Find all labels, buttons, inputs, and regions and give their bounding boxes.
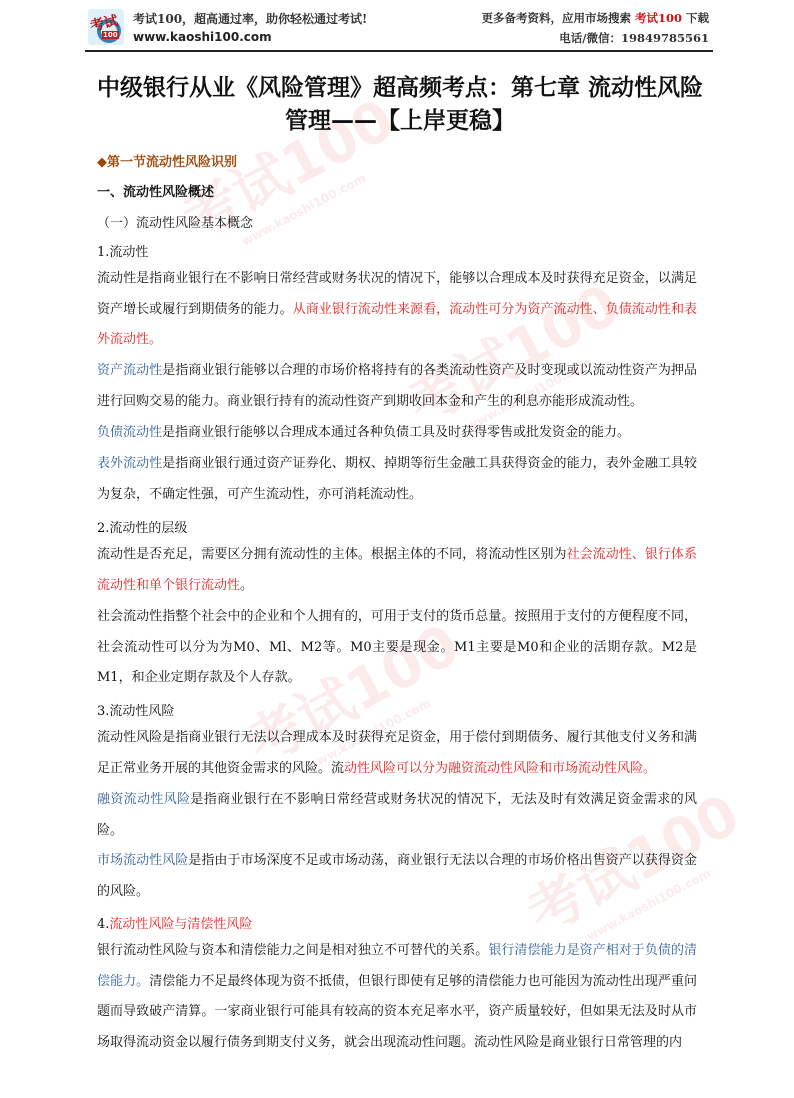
p7-highlight: 动性风险可以分为融资流动性风险和市场流动性风险。 — [344, 761, 656, 776]
heading-1: 一、流动性风险概述 — [97, 181, 214, 200]
paragraph-market-liquidity-risk: 市场流动性风险是指由于市场深度不足或市场动荡，商业银行无法以合理的市场价格出售资… — [97, 846, 697, 907]
paragraph-liquidity-levels: 流动性是否充足，需要区分拥有流动性的主体。根据主体的不同，将流动性区别为社会流动… — [97, 540, 697, 601]
p2-text: 是指商业银行能够以合理的市场价格将持有的各类流动性资产及时变现或以流动性资产为押… — [97, 363, 697, 409]
download-prefix: 更多备考资料，应用市场搜索 — [481, 11, 635, 25]
header-slogan: 考试100，超高通过率，助你轻松通过考试! — [133, 10, 367, 27]
item-4-heading: 4.流动性风险与清偿性风险 — [97, 913, 252, 932]
term-funding-liquidity-risk: 融资流动性风险 — [97, 792, 190, 807]
header-website: www.kaoshi100.com — [133, 30, 272, 44]
term-liability-liquidity: 负债流动性 — [97, 425, 162, 440]
term-market-liquidity-risk: 市场流动性风险 — [97, 853, 188, 868]
term-asset-liquidity: 资产流动性 — [97, 363, 162, 378]
paragraph-offbalance-liquidity: 表外流动性是指商业银行通过资产证券化、期权、掉期等衍生金融工具获得资金的能力，表… — [97, 449, 697, 510]
paragraph-liability-liquidity: 负债流动性是指商业银行能够以合理成本通过各种负债工具及时获得零售或批发资金的能力… — [97, 418, 697, 449]
item-4-number: 4. — [97, 917, 109, 932]
paragraph-funding-liquidity-risk: 融资流动性风险是指商业银行在不影响日常经营或财务状况的情况下，无法及时有效满足资… — [97, 785, 697, 846]
page-header: 考试 100 考试100，超高通过率，助你轻松通过考试! www.kaoshi1… — [85, 0, 713, 52]
paragraph-asset-liquidity: 资产流动性是指商业银行能够以合理的市场价格将持有的各类流动性资产及时变现或以流动… — [97, 356, 697, 417]
section-heading: ◆第一节流动性风险识别 — [97, 151, 237, 170]
logo-number: 100 — [102, 31, 119, 39]
p10-rest: 清偿能力不足最终体现为资不抵债，但银行即使有足够的清偿能力也可能因为流动性出现严… — [97, 974, 697, 1050]
paragraph-social-liquidity: 社会流动性指整个社会中的企业和个人拥有的，可用于支付的货币总量。按照用于支付的方… — [97, 602, 697, 694]
p5-text: 流动性是否充足，需要区分拥有流动性的主体。根据主体的不同，将流动性区别为 — [97, 547, 567, 562]
document-title: 中级银行从业《风险管理》超高频考点：第七章 流动性风险管理——【上岸更稳】 — [90, 72, 710, 138]
header-download-hint: 更多备考资料，应用市场搜索 考试100 下载 — [481, 10, 709, 26]
item-1-heading: 1.流动性 — [97, 241, 148, 260]
p5-end: 。 — [240, 578, 253, 593]
watermark-url: www.kaoshi100.com — [239, 147, 412, 248]
item-2-heading: 2.流动性的层级 — [97, 517, 187, 536]
item-4-title: 流动性风险与清偿性风险 — [109, 917, 252, 932]
term-offbalance-liquidity: 表外流动性 — [97, 456, 162, 471]
p3-text: 是指商业银行能够以合理成本通过各种负债工具及时获得零售或批发资金的能力。 — [162, 425, 630, 440]
heading-2: （一）流动性风险基本概念 — [97, 212, 253, 231]
paragraph-solvency: 银行流动性风险与资本和清偿能力之间是相对独立不可替代的关系。银行清偿能力是资产相… — [97, 936, 697, 1058]
kaoshi100-logo-icon: 考试 100 — [88, 9, 124, 45]
item-3-heading: 3.流动性风险 — [97, 700, 174, 719]
paragraph-liquidity-risk: 流动性风险是指商业银行无法以合理成本及时获得充足资金，用于偿付到期债务、履行其他… — [97, 723, 697, 784]
p4-text: 是指商业银行通过资产证券化、期权、掉期等衍生金融工具获得资金的能力，表外金融工具… — [97, 456, 697, 502]
p10-text: 银行流动性风险与资本和清偿能力之间是相对独立不可替代的关系。 — [97, 943, 488, 958]
paragraph-liquidity-definition: 流动性是指商业银行在不影响日常经营或财务状况的情况下，能够以合理成本及时获得充足… — [97, 264, 697, 356]
header-contact: 电话/微信：19849785561 — [559, 30, 709, 46]
download-brand: 考试100 — [635, 11, 682, 25]
download-suffix: 下载 — [682, 11, 709, 25]
